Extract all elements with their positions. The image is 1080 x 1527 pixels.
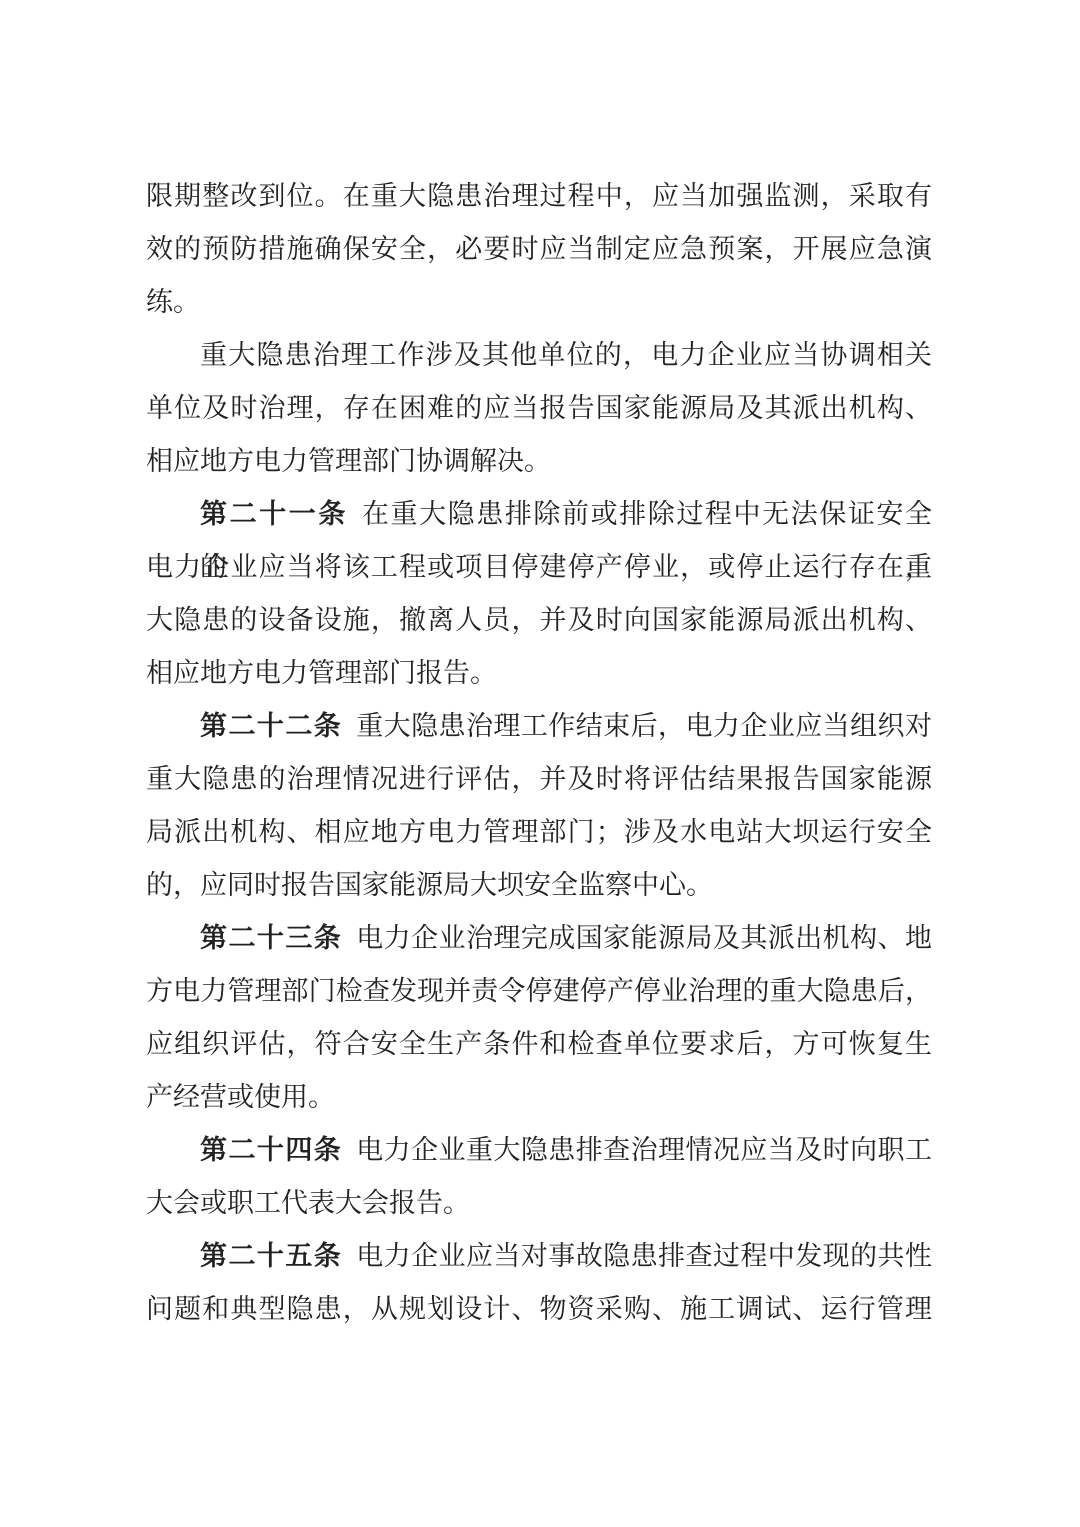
text-line: 应组织评估，符合安全生产条件和检查单位要求后，方可恢复生 — [146, 1018, 932, 1071]
page-text-block: 限期整改到位。在重大隐患治理过程中，应当加强监测，采取有 效的预防措施确保安全，… — [146, 170, 932, 1336]
text-line: 重大隐患治理工作涉及其他单位的，电力企业应当协调相关 — [146, 329, 932, 382]
text-line: 电力企业应当将该工程或项目停建停产停业，或停止运行存在重 — [146, 541, 932, 594]
article-24-text-start: 电力企业重大隐患排查治理情况应当及时向职工 — [356, 1135, 932, 1165]
text-line: 第二十二条重大隐患治理工作结束后，电力企业应当组织对 — [146, 700, 932, 753]
text-line: 的，应同时报告国家能源局大坝安全监察中心。 — [146, 859, 932, 912]
article-23-number: 第二十三条 — [200, 923, 342, 953]
text-line: 相应地方电力管理部门协调解决。 — [146, 435, 932, 488]
paragraph-coordination: 重大隐患治理工作涉及其他单位的，电力企业应当协调相关 单位及时治理，存在困难的应… — [146, 329, 932, 488]
text-line: 局派出机构、相应地方电力管理部门；涉及水电站大坝运行安全 — [146, 806, 932, 859]
article-23-text-start: 电力企业治理完成国家能源局及其派出机构、地 — [356, 923, 932, 953]
text-line: 产经营或使用。 — [146, 1071, 932, 1124]
text-line: 大隐患的设备设施，撤离人员，并及时向国家能源局派出机构、 — [146, 594, 932, 647]
article-25-text-start: 电力企业应当对事故隐患排查过程中发现的共性 — [356, 1241, 932, 1271]
article-25-number: 第二十五条 — [200, 1241, 342, 1271]
article-22-number: 第二十二条 — [200, 711, 342, 741]
article-22-text-start: 重大隐患治理工作结束后，电力企业应当组织对 — [356, 711, 932, 741]
text-line: 单位及时治理，存在困难的应当报告国家能源局及其派出机构、 — [146, 382, 932, 435]
text-line: 第二十四条电力企业重大隐患排查治理情况应当及时向职工 — [146, 1124, 932, 1177]
text-line: 限期整改到位。在重大隐患治理过程中，应当加强监测，采取有 — [146, 170, 932, 223]
article-21-number: 第二十一条 — [200, 499, 348, 529]
article-22-paragraph: 第二十二条重大隐患治理工作结束后，电力企业应当组织对 重大隐患的治理情况进行评估… — [146, 700, 932, 912]
text-line: 第二十三条电力企业治理完成国家能源局及其派出机构、地 — [146, 912, 932, 965]
article-24-number: 第二十四条 — [200, 1135, 342, 1165]
article-21-paragraph: 第二十一条在重大隐患排除前或排除过程中无法保证安全的， 电力企业应当将该工程或项… — [146, 488, 932, 700]
document-page: 限期整改到位。在重大隐患治理过程中，应当加强监测，采取有 效的预防措施确保安全，… — [0, 0, 1080, 1527]
text-line: 第二十五条电力企业应当对事故隐患排查过程中发现的共性 — [146, 1230, 932, 1283]
article-24-paragraph: 第二十四条电力企业重大隐患排查治理情况应当及时向职工 大会或职工代表大会报告。 — [146, 1124, 932, 1230]
text-line: 练。 — [146, 276, 932, 329]
text-line: 相应地方电力管理部门报告。 — [146, 647, 932, 700]
text-line: 第二十一条在重大隐患排除前或排除过程中无法保证安全的， — [146, 488, 932, 541]
paragraph-continuation: 限期整改到位。在重大隐患治理过程中，应当加强监测，采取有 效的预防措施确保安全，… — [146, 170, 932, 329]
article-25-paragraph: 第二十五条电力企业应当对事故隐患排查过程中发现的共性 问题和典型隐患，从规划设计… — [146, 1230, 932, 1336]
text-line: 问题和典型隐患，从规划设计、物资采购、施工调试、运行管理 — [146, 1283, 932, 1336]
text-line: 重大隐患的治理情况进行评估，并及时将评估结果报告国家能源 — [146, 753, 932, 806]
article-23-paragraph: 第二十三条电力企业治理完成国家能源局及其派出机构、地 方电力管理部门检查发现并责… — [146, 912, 932, 1124]
text-line: 方电力管理部门检查发现并责令停建停产停业治理的重大隐患后， — [146, 965, 932, 1018]
text-line: 大会或职工代表大会报告。 — [146, 1177, 932, 1230]
text-line: 效的预防措施确保安全，必要时应当制定应急预案，开展应急演 — [146, 223, 932, 276]
